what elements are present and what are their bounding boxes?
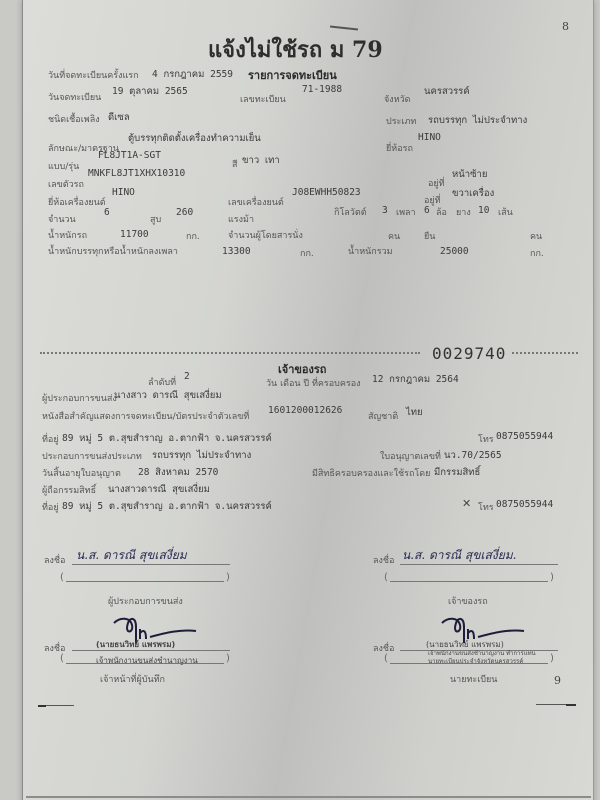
first-registration-date: 4 กรกฎาคม 2559 — [152, 67, 233, 82]
owner-role: เจ้าของรถ — [448, 594, 488, 608]
horsepower-label: แรงม้า — [228, 212, 254, 226]
operator-signature: น.ส. ดารณี สุขเสงี่ยม — [76, 546, 187, 565]
officer-role: เจ้าหน้าที่ผู้บันทึก — [100, 672, 165, 686]
name-line — [66, 663, 224, 664]
color: ขาว เทา — [242, 153, 280, 168]
section-divider — [40, 352, 420, 354]
registration-date-label: วันจดทะเบียน — [48, 90, 101, 104]
type-label: ประเภท — [386, 114, 416, 128]
registration-section-title: รายการจดทะเบียน — [248, 66, 337, 84]
paren-close: ) — [226, 572, 230, 583]
vehicle-weight-unit: กก. — [186, 229, 200, 243]
phone2: 0875055944 — [496, 499, 553, 510]
license-number: นว.70/2565 — [444, 448, 502, 463]
vehicle-weight: 11700 — [120, 229, 149, 240]
seats-unit: คน — [388, 229, 400, 243]
phone-label: โทร — [478, 432, 494, 446]
tire-unit: เส้น — [498, 205, 513, 219]
officer-position: เจ้าพนักงานขนส่งชำนาญงาน — [96, 654, 198, 667]
name-line — [390, 581, 548, 582]
chassis-location: หน้าซ้าย — [452, 167, 487, 182]
province-label: จังหวัด — [384, 92, 411, 106]
rights: มีกรรมสิทธิ์ — [434, 465, 480, 480]
engine-cc: 260 — [176, 207, 193, 218]
wheel-unit: ล้อ — [436, 205, 447, 219]
load-weight-label: น้ำหนักบรรทุกหรือน้ำหนักลงเพลา — [48, 244, 178, 258]
fuel-label: ชนิดเชื้อเพลิง — [48, 112, 100, 126]
model: FL8JT1A-SGT — [98, 150, 161, 161]
paren-open: ( — [60, 653, 64, 664]
phone2-label: โทร — [478, 500, 494, 514]
address2-label: ที่อยู่ — [42, 500, 59, 514]
address-label: ที่อยู่ — [42, 432, 59, 446]
vehicle-type: รถบรรทุก ไม่ประจำทาง — [428, 113, 527, 128]
registrar-position-2: นายทะเบียนประจำจังหวัดนครสวรรค์ — [428, 656, 523, 666]
officer-name: (นายธนวิทย์ แพรพรม) — [96, 638, 175, 651]
operator-label: ผู้ประกอบการขนส่ง — [42, 391, 117, 405]
address2: 89 หมู่ 5 ต.สุขสำราญ อ.ตากฟ้า จ.นครสวรรค… — [62, 499, 272, 514]
page-edge — [26, 796, 591, 798]
plate-number: 71-1988 — [302, 84, 342, 95]
standing-unit: คน — [530, 229, 542, 243]
serial-number: 0029740 — [432, 344, 506, 363]
total-weight-label: น้ำหนักรวม — [348, 244, 393, 258]
province: นครสวรรค์ — [424, 84, 470, 99]
engine-location: ขวาเครื่อง — [452, 186, 494, 201]
cross-mark-icon: ✕ — [462, 497, 471, 510]
address: 89 หมู่ 5 ต.สุขสำราญ อ.ตากฟ้า จ.นครสวรรค… — [62, 431, 272, 446]
brand: HINO — [418, 132, 441, 143]
engine-brand-label: ยี่ห้อเครื่องยนต์ — [48, 195, 106, 209]
chassis-location-label: อยู่ที่ — [428, 176, 445, 190]
paren-close: ) — [226, 653, 230, 664]
license-expiry-label: วันสิ้นอายุใบอนุญาต — [42, 466, 121, 480]
nationality-label: สัญชาติ — [368, 409, 398, 423]
corner-tick-right — [566, 704, 576, 706]
load-weight-unit: กก. — [300, 246, 314, 260]
registrar-role: นายทะเบียน — [450, 672, 497, 686]
titleholder: นางสาวดารณี สุขเสงี่ยม — [108, 482, 210, 497]
registration-date: 19 ตุลาคม 2565 — [112, 84, 188, 99]
operator-role: ผู้ประกอบการขนส่ง — [108, 594, 183, 608]
name-line — [66, 581, 224, 582]
engine-number-label: เลขเครื่องยนต์ — [228, 195, 284, 209]
first-registration-label: วันที่จดทะเบียนครั้งแรก — [48, 68, 139, 82]
nationality: ไทย — [406, 405, 423, 420]
model-label: แบบ/รุ่น — [48, 159, 79, 173]
count-label: จำนวน — [48, 212, 76, 226]
paren-close: ) — [550, 572, 554, 583]
sign-label-operator: ลงชื่อ — [44, 553, 65, 567]
titleholder-label: ผู้ถือกรรมสิทธิ์ — [42, 483, 96, 497]
load-weight: 13300 — [222, 246, 251, 257]
tires-label: ยาง — [456, 205, 471, 219]
brand-label: ยี่ห้อรถ — [386, 141, 413, 155]
chassis-number: MNKFL8JT1XHX10310 — [88, 168, 185, 179]
total-weight: 25000 — [440, 246, 469, 257]
fuel: ดีเซล — [108, 110, 130, 125]
rights-label: มีสิทธิครอบครองและใช้รถโดย — [312, 466, 430, 480]
page-number-bottom: 9 — [554, 674, 561, 687]
cylinder-unit: สูบ — [150, 212, 161, 226]
seats-label: จำนวนผู้โดยสารนั่ง — [228, 228, 303, 242]
vehicle-style: ตู้บรรทุกติดตั้งเครื่องทำความเย็น — [128, 131, 261, 146]
plate-label: เลขทะเบียน — [240, 92, 286, 106]
possession-date: 12 กรกฎาคม 2564 — [372, 372, 459, 387]
possession-date-label: วัน เดือน ปี ที่ครอบครอง — [266, 376, 361, 390]
corner-tick-left — [38, 705, 46, 707]
kilowatt-label: กิโลวัตต์ — [334, 205, 367, 219]
paren-open: ( — [384, 572, 388, 583]
total-weight-unit: กก. — [530, 246, 544, 260]
standing-label: ยืน — [424, 229, 435, 243]
owner-signature: น.ส. ดารณี สุขเสงี่ยม. — [402, 546, 516, 565]
id-number: 1601200012626 — [268, 405, 342, 416]
wheels: 6 — [424, 205, 430, 216]
page-number-top: 8 — [562, 20, 569, 33]
axle-unit: เพลา — [396, 205, 416, 219]
sign-label-owner: ลงชื่อ — [373, 553, 394, 567]
chassis-label: เลขตัวรถ — [48, 177, 84, 191]
engine-brand: HINO — [112, 187, 135, 198]
vehicle-weight-label: น้ำหนักรถ — [48, 228, 87, 242]
name-line — [390, 663, 548, 664]
paren-open: ( — [384, 653, 388, 664]
paren-open: ( — [60, 572, 64, 583]
phone: 0875055944 — [496, 431, 553, 442]
license-number-label: ใบอนุญาตเลขที่ — [380, 449, 441, 463]
license-type: รถบรรทุก ไม่ประจำทาง — [152, 448, 251, 463]
color-label: สี — [232, 157, 238, 171]
tires: 10 — [478, 205, 489, 216]
license-expiry: 28 สิงหาคม 2570 — [138, 465, 218, 480]
license-type-label: ประกอบการขนส่งประเภท — [42, 449, 142, 463]
cylinders: 6 — [104, 207, 110, 218]
document-title: แจ้งไม่ใช้รถ ม 79 — [208, 32, 383, 67]
section-divider-right — [512, 352, 578, 354]
order-label: ลำดับที่ — [148, 375, 176, 389]
axles: 3 — [382, 205, 388, 216]
engine-number: J08EWHH50823 — [292, 187, 361, 198]
order-number: 2 — [184, 371, 190, 382]
id-label: หนังสือสำคัญแสดงการจดทะเบียน/บัตรประจำตั… — [42, 409, 249, 423]
operator-name: นางสาว ดารณี สุขเสงี่ยม — [114, 388, 222, 403]
paren-close: ) — [550, 653, 554, 664]
